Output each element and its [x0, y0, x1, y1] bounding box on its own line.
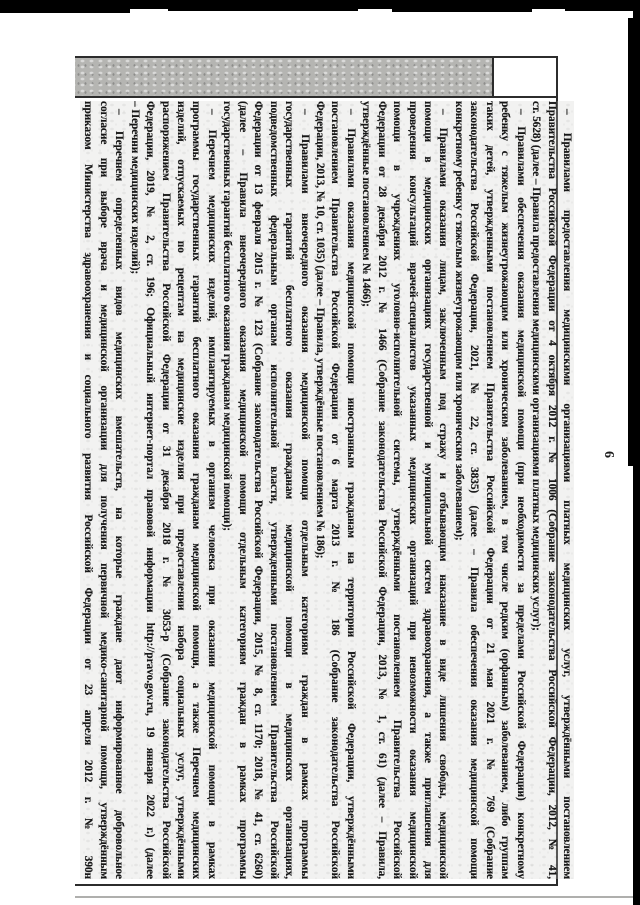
text-line: таких детей, утвержденными постановление…: [481, 101, 496, 879]
text-line: государственных гарантий бесплатного ока…: [281, 101, 296, 879]
table-shaded-cell: [75, 58, 492, 96]
page-number: 6: [600, 451, 616, 458]
text-line: конкретному ребенку с тяжелым жизнеугрож…: [451, 101, 466, 879]
text-line: постановлением Правительства Российской …: [327, 101, 342, 879]
text-line: помощи в медицинских организациях госуда…: [420, 101, 435, 879]
scan-edge-line: [75, 896, 640, 898]
text-line: проведения консультаций врачей-специалис…: [404, 101, 419, 879]
text-line: – Правилами обеспечения оказания медицин…: [512, 101, 527, 879]
table-border-left: [75, 56, 558, 58]
text-line: Правительства Российской Федерации от 4 …: [543, 101, 558, 879]
document-canvas: 6 – Правилами предоставления медицинским…: [0, 0, 640, 905]
text-line: – Правилами внеочередного оказания медиц…: [296, 101, 311, 879]
scan-artifact-top-edge: [565, 8, 640, 11]
text-line: (далее – Правила внеочередного оказания …: [234, 101, 249, 879]
text-line: согласие при выборе врача и медицинской …: [95, 101, 110, 879]
text-line: ст. 5628) (далее – Правила предоставлени…: [528, 101, 543, 879]
table-border-inner: [75, 96, 558, 98]
text-line: государственных гарантий бесплатного ока…: [219, 101, 234, 879]
text-line: ребенку с тяжелым жизнеугрожающим или хр…: [497, 101, 512, 879]
text-line: – Правилами оказания медицинской помощи …: [342, 101, 357, 879]
text-line: Федерации от 28 декабря 2012 г. № 1466 (…: [373, 101, 388, 879]
text-line: утверждённые постановлением № 1466);: [358, 101, 373, 879]
scan-artifact-right-edge: [628, 18, 640, 466]
scan-artifact-top-edge: [392, 8, 532, 12]
text-line: изделий, отпускаемых по рецептам на меди…: [173, 101, 188, 879]
text-line: – Перечнем определенных видов медицински…: [111, 101, 126, 879]
scan-artifact-top-edge: [168, 8, 358, 11]
text-line: Федерации, 2013, № 10, ст. 1035) (далее …: [312, 101, 327, 879]
scanned-page: { "page": { "number": "6" }, "colors": {…: [0, 0, 640, 905]
text-line: – Правилами предоставления медицинскими …: [559, 101, 574, 879]
text-line: Федерации от 13 февраля 2015 г. № 123 (С…: [250, 101, 265, 879]
text-line: – Правилами оказания лицам, заключенным …: [435, 101, 450, 879]
table-border-cell-divider: [492, 56, 494, 98]
text-block: – Правилами предоставления медицинскими …: [80, 101, 574, 879]
table-border-right: [75, 884, 558, 886]
text-line: – Перечни медицинских изделий);: [126, 101, 141, 879]
text-line: помощи в учреждениях уголовно-исполнител…: [389, 101, 404, 879]
text-line: подведомственных федеральным органам исп…: [265, 101, 280, 879]
text-line: законодательства Российской Федерации, 2…: [466, 101, 481, 879]
text-line: приказом Министерства здравоохранения и …: [80, 101, 95, 879]
text-line: – Перечнем медицинских изделий, импланти…: [204, 101, 219, 879]
scan-artifact-top-edge: [0, 8, 130, 13]
text-line: Федерации, 2019, № 2, ст. 196; Официальн…: [142, 101, 157, 879]
text-line: распоряжением Правительства Российской Ф…: [157, 101, 172, 879]
text-line: программы государственных гарантий беспл…: [188, 101, 203, 879]
